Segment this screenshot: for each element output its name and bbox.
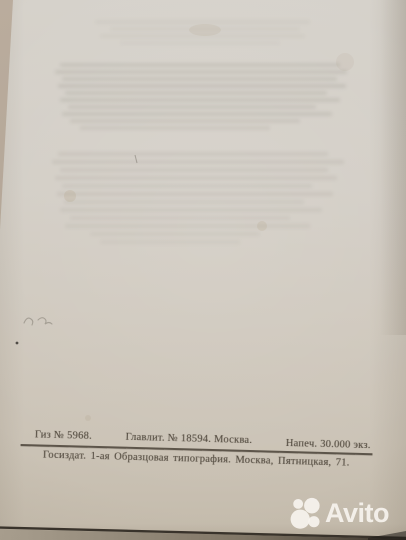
ghost-text-line — [80, 126, 270, 130]
ghost-text-line — [55, 70, 347, 74]
ghost-text-line — [95, 20, 310, 24]
ghost-text-line — [68, 105, 316, 109]
ghost-text-line — [62, 112, 332, 116]
ghost-text-line — [110, 27, 300, 31]
ghost-text-line — [62, 184, 312, 188]
ghost-text-line — [120, 41, 280, 45]
ghost-text-line — [70, 119, 300, 123]
ghost-text-line — [58, 84, 346, 88]
ghost-text-line — [57, 192, 333, 196]
avito-logo-icon — [290, 497, 320, 529]
ghost-text-line — [65, 224, 310, 228]
ghost-text-line — [100, 34, 305, 38]
avito-watermark: Avito — [290, 497, 389, 529]
ghost-text-line — [60, 63, 340, 67]
ghost-text-line — [100, 240, 240, 244]
ghost-text-line — [70, 216, 290, 220]
avito-wordmark: Avito — [325, 497, 389, 529]
ghost-text-line — [60, 208, 322, 212]
ghost-text-line — [52, 160, 344, 164]
print-run: Напеч. 30.000 экз. — [286, 438, 371, 452]
ghost-text-line — [55, 176, 337, 180]
book-photo: Гиз № 5968. Главлит. № 18594. Москва. На… — [0, 0, 406, 540]
book-page: Гиз № 5968. Главлит. № 18594. Москва. На… — [0, 0, 406, 540]
ghost-text-line — [60, 98, 340, 102]
ghost-text-line — [62, 77, 337, 81]
ghost-text-line — [64, 200, 304, 204]
giz-number: Гиз № 5968. — [35, 429, 92, 442]
glavlit-number: Главлит. № 18594. Москва. — [125, 432, 252, 447]
ghost-text-line — [90, 232, 260, 236]
ghost-text-line — [60, 168, 328, 172]
ghost-text-line — [58, 152, 328, 156]
ghost-text-line — [65, 91, 327, 95]
